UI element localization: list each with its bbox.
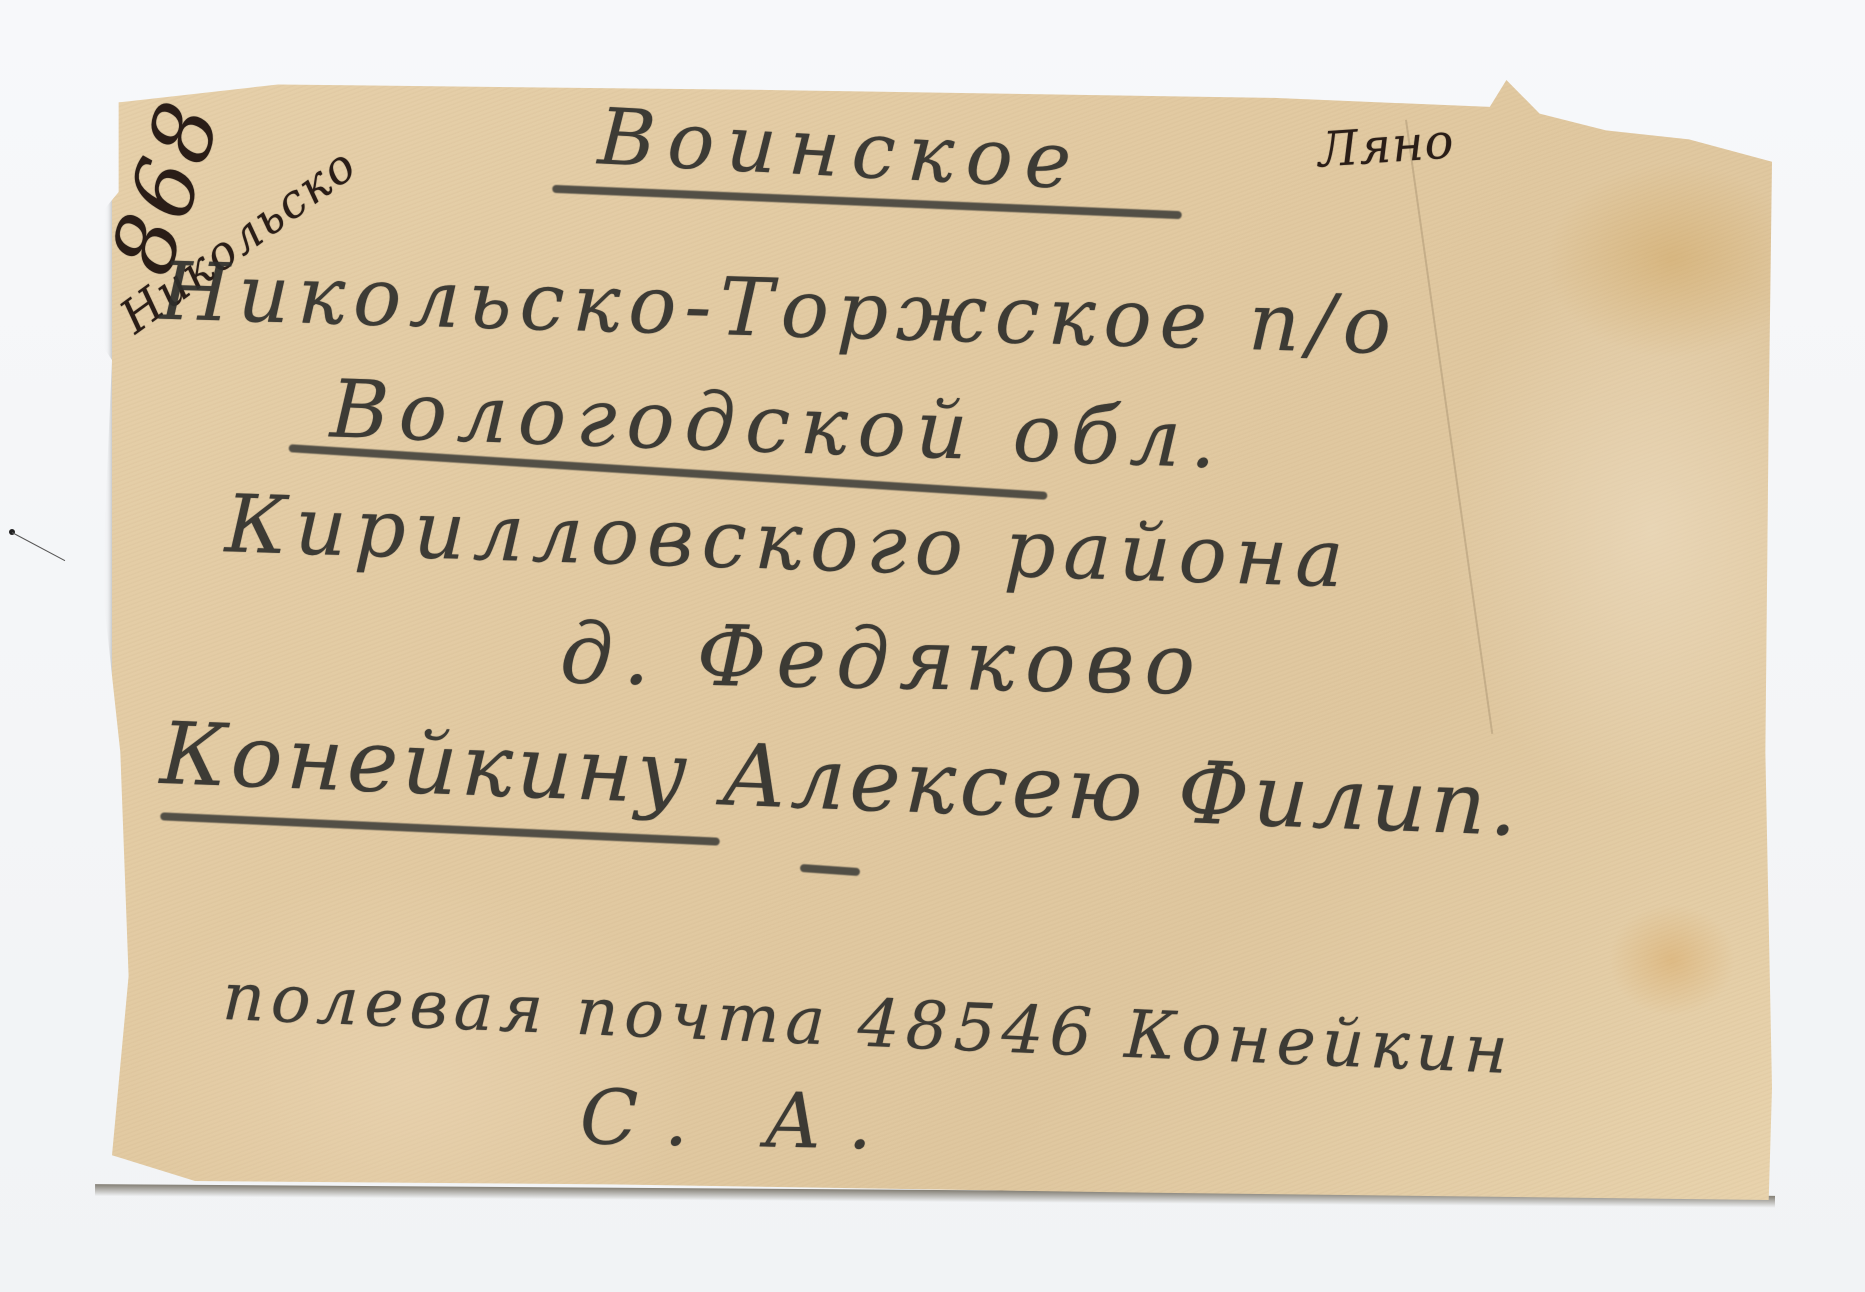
top-right-note: Ляно (1316, 113, 1456, 178)
scanned-envelope-page: 868 Никольско Ляно Воинское Никольско-То… (0, 0, 1865, 1292)
sender-initials: С. А. (579, 1072, 899, 1167)
scan-artifact-line (12, 532, 65, 561)
address-line-4: д. Федяково (559, 604, 1206, 713)
